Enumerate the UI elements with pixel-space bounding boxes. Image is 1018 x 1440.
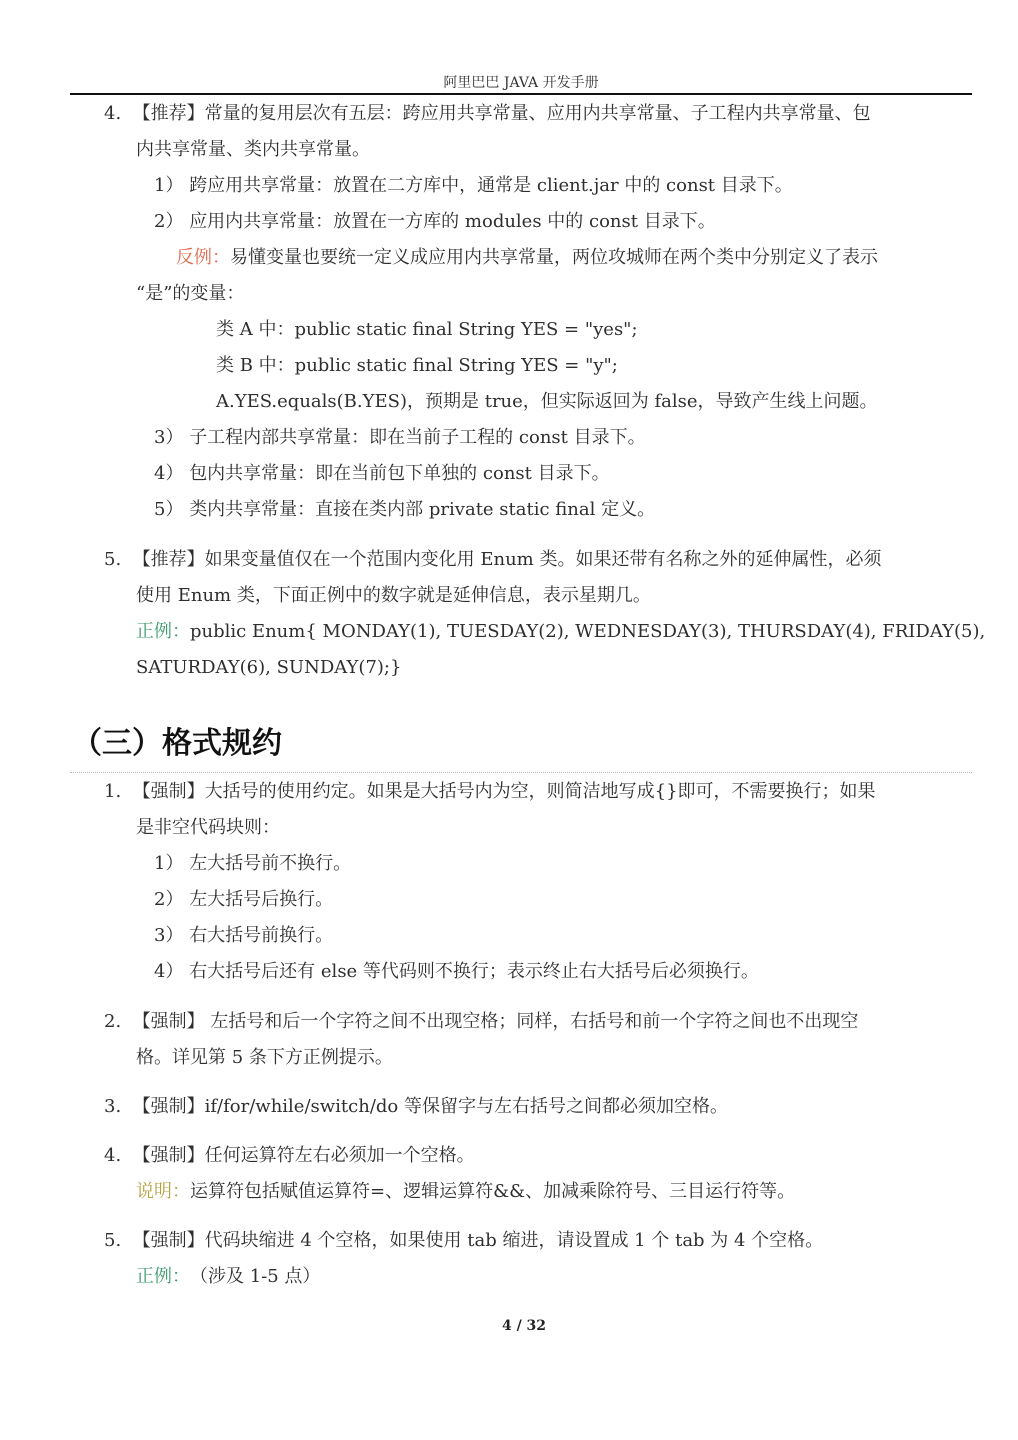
sub-item-number: 4） (154, 961, 183, 982)
rule-tag: 【强制】 (133, 1011, 205, 1032)
rule-text-continued: 内共享常量、类内共享常量。 (136, 138, 370, 162)
sub-item: 4） 右大括号后还有 else 等代码则不换行；表示终止右大括号后必须换行。 (154, 960, 759, 984)
rule-text: 代码块缩进 4 个空格，如果使用 tab 缩进，请设置成 1 个 tab 为 4… (205, 1230, 824, 1251)
sub-item-number: 1） (154, 175, 183, 196)
positive-example-label: 正例： (136, 621, 190, 642)
rule-tag: 【强制】 (133, 781, 205, 802)
sub-item-text: 子工程内部共享常量：即在当前子工程的 const 目录下。 (189, 427, 645, 448)
positive-example-text: （涉及 1-5 点） (181, 1266, 320, 1287)
counter-example-label: 反例： (176, 247, 230, 268)
sub-item-text: 左大括号前不换行。 (189, 853, 351, 874)
positive-example-continued: SATURDAY(6), SUNDAY(7);} (136, 656, 401, 680)
sub-item-text: 包内共享常量：即在当前包下单独的 const 目录下。 (189, 463, 609, 484)
sub-item-text: 左大括号后换行。 (189, 889, 333, 910)
rule-tag: 【强制】 (133, 1096, 205, 1117)
rule-text: 常量的复用层次有五层：跨应用共享常量、应用内共享常量、子工程内共享常量、包 (205, 103, 871, 124)
rule-text-continued: 是非空代码块则： (136, 816, 280, 840)
sub-item: 1） 左大括号前不换行。 (154, 852, 351, 876)
item-number: 3. (104, 1096, 121, 1117)
sub-item-text: 右大括号后还有 else 等代码则不换行；表示终止右大括号后必须换行。 (189, 961, 759, 982)
positive-example: 正例： （涉及 1-5 点） (136, 1265, 320, 1289)
item-number: 5. (104, 1230, 121, 1251)
rule-text: 大括号的使用约定。如果是大括号内为空，则简洁地写成{}即可，不需要换行；如果 (205, 781, 876, 802)
sub-item-number: 3） (154, 925, 183, 946)
counter-example-text: 易懂变量也要统一定义成应用内共享常量，两位攻城师在两个类中分别定义了表示 (230, 247, 878, 268)
sub-item-number: 1） (154, 853, 183, 874)
code-line: 类 B 中：public static final String YES = "… (216, 354, 618, 378)
rule-text: 任何运算符左右必须加一个空格。 (205, 1145, 475, 1166)
positive-example-code: public Enum{ MONDAY(1), TUESDAY(2), WEDN… (190, 621, 985, 642)
sub-item: 1） 跨应用共享常量：放置在二方库中，通常是 client.jar 中的 con… (154, 174, 793, 198)
rule-text: 左括号和后一个字符之间不出现空格；同样，右括号和前一个字符之间也不出现空 (205, 1011, 859, 1032)
rule-item-line: 5. 【推荐】如果变量值仅在一个范围内变化用 Enum 类。如果还带有名称之外的… (104, 548, 881, 572)
note-text: 运算符包括赋值运算符=、逻辑运算符&&、加减乘除符号、三目运行符等。 (190, 1181, 795, 1202)
rule-item-line: 5. 【强制】代码块缩进 4 个空格，如果使用 tab 缩进，请设置成 1 个 … (104, 1229, 823, 1253)
header-title: 阿里巴巴 JAVA 开发手册 (70, 72, 972, 92)
rule-tag: 【强制】 (133, 1230, 205, 1251)
rule-text-continued: 使用 Enum 类，下面正例中的数字就是延伸信息，表示星期几。 (136, 584, 651, 608)
positive-example-label: 正例： (136, 1266, 181, 1287)
sub-item-text: 类内共享常量：直接在类内部 private static final 定义。 (189, 499, 655, 520)
rule-item-line: 4. 【推荐】常量的复用层次有五层：跨应用共享常量、应用内共享常量、子工程内共享… (104, 102, 871, 126)
rule-text: if/for/while/switch/do 等保留字与左右括号之间都必须加空格… (205, 1096, 728, 1117)
code-line: 类 A 中：public static final String YES = "… (216, 318, 638, 342)
sub-item: 2） 应用内共享常量：放置在一方库的 modules 中的 const 目录下。 (154, 210, 716, 234)
rule-item-line: 4. 【强制】任何运算符左右必须加一个空格。 (104, 1144, 475, 1168)
item-number: 2. (104, 1011, 121, 1032)
rule-text-continued: 格。详见第 5 条下方正例提示。 (136, 1046, 393, 1070)
sub-item-text: 右大括号前换行。 (189, 925, 333, 946)
item-number: 1. (104, 781, 121, 802)
sub-item: 3） 右大括号前换行。 (154, 924, 333, 948)
counter-example: 反例：易懂变量也要统一定义成应用内共享常量，两位攻城师在两个类中分别定义了表示 (176, 246, 878, 270)
sub-item-text: 跨应用共享常量：放置在二方库中，通常是 client.jar 中的 const … (189, 175, 793, 196)
rule-text: 如果变量值仅在一个范围内变化用 Enum 类。如果还带有名称之外的延伸属性，必须 (205, 549, 882, 570)
section-heading: （三）格式规约 (72, 718, 282, 762)
sub-item: 3） 子工程内部共享常量：即在当前子工程的 const 目录下。 (154, 426, 646, 450)
sub-item: 5） 类内共享常量：直接在类内部 private static final 定义… (154, 498, 655, 522)
sub-item: 4） 包内共享常量：即在当前包下单独的 const 目录下。 (154, 462, 610, 486)
page-number: 4 / 32 (0, 1318, 1018, 1334)
note: 说明：运算符包括赋值运算符=、逻辑运算符&&、加减乘除符号、三目运行符等。 (136, 1180, 795, 1204)
note-label: 说明： (136, 1181, 190, 1202)
item-number: 4. (104, 103, 121, 124)
section-divider (70, 772, 972, 773)
sub-item-number: 4） (154, 463, 183, 484)
sub-item-text: 应用内共享常量：放置在一方库的 modules 中的 const 目录下。 (189, 211, 716, 232)
sub-item-number: 2） (154, 889, 183, 910)
rule-item-line: 3. 【强制】if/for/while/switch/do 等保留字与左右括号之… (104, 1095, 728, 1119)
rule-item-line: 1. 【强制】大括号的使用约定。如果是大括号内为空，则简洁地写成{}即可，不需要… (104, 780, 876, 804)
positive-example: 正例：public Enum{ MONDAY(1), TUESDAY(2), W… (136, 620, 985, 644)
sub-item: 2） 左大括号后换行。 (154, 888, 333, 912)
code-line: A.YES.equals(B.YES)，预期是 true，但实际返回为 fals… (216, 390, 878, 414)
item-number: 4. (104, 1145, 121, 1166)
header-divider (70, 93, 972, 95)
rule-item-line: 2. 【强制】 左括号和后一个字符之间不出现空格；同样，右括号和前一个字符之间也… (104, 1010, 858, 1034)
rule-tag: 【强制】 (133, 1145, 205, 1166)
rule-tag: 【推荐】 (133, 549, 205, 570)
sub-item-number: 5） (154, 499, 183, 520)
sub-item-number: 3） (154, 427, 183, 448)
item-number: 5. (104, 549, 121, 570)
sub-item-number: 2） (154, 211, 183, 232)
counter-example-continued: “是”的变量： (136, 282, 244, 306)
rule-tag: 【推荐】 (133, 103, 205, 124)
